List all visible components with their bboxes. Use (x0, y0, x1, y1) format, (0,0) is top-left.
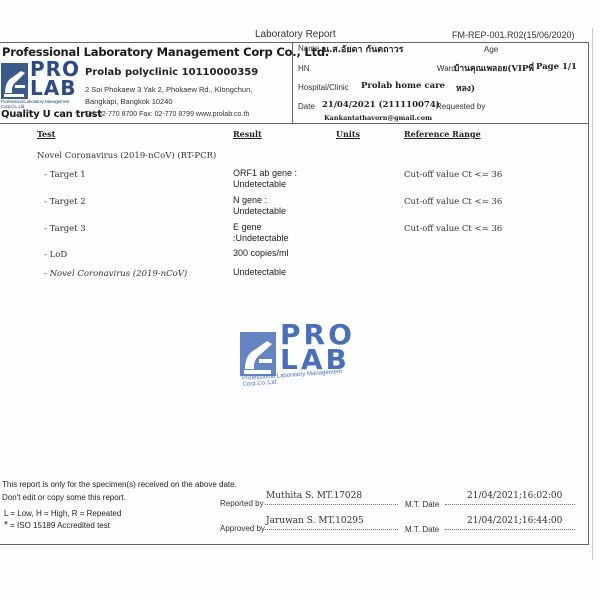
table-row-result: 300 copies/ml (233, 248, 343, 259)
approved-by-line (265, 529, 398, 530)
address-line-2: Bangkapi, Bangkok 10240 (85, 97, 173, 106)
prolab-stamp: PRO LAB Professional Laboratory Manageme… (240, 322, 370, 390)
reported-by-value: Muthita S. MT.17028 (266, 491, 362, 501)
col-header-units: Units (336, 129, 360, 139)
lab-report-page: Laboratory Report FM-REP-001.R02(15/06/2… (0, 0, 600, 600)
result-line-2: :Undetectable (233, 233, 343, 244)
clinic-name: Prolab polyclinic 10110000359 (85, 67, 258, 78)
report-title: Laboratory Report (255, 29, 336, 40)
table-row-result: N gene :Undetectable (233, 195, 343, 217)
iso-text: = ISO 15189 Accredited test (10, 521, 110, 530)
logo-subtitle: Professional Laboratory Management Corp.… (1, 99, 83, 109)
col-header-reference: Reference Range (404, 129, 481, 139)
date-value: 21/04/2021 (211110074) (322, 100, 440, 110)
result-line-1: E gene (233, 222, 343, 233)
requested-by-value: Kankantathavorn@gmail.com (324, 114, 432, 122)
table-row-test: - Target 1 (44, 170, 86, 180)
company-contact: Tel: 02-770 8700 Fax: 02-770 8799 www.pr… (85, 111, 249, 118)
table-row-reference: Cut-off value Ct <= 36 (404, 224, 502, 234)
name-label: Name (298, 44, 319, 53)
reported-by-line (265, 504, 398, 505)
footer-note-1: This report is only for the specimen(s) … (2, 480, 237, 489)
table-row-test: - Novel Coronavirus (2019-nCoV) (44, 269, 187, 279)
test-group-title: Novel Coronavirus (2019-nCoV) (RT-PCR) (37, 151, 216, 161)
ward-value-continued: หลง) (456, 81, 475, 95)
address-line-1: 2 Soi Phokaew 3 Yak 2, Phokaew Rd., Klon… (85, 85, 252, 94)
header-divider-line (0, 123, 589, 124)
approved-date-line (445, 529, 575, 530)
hn-label: HN (298, 64, 310, 73)
ward-value: บ้านคุณเพลอย(VIPพี่ (454, 61, 534, 75)
reported-date-line (445, 504, 575, 505)
approved-by-value: Jaruwan S. MT.10295 (266, 516, 364, 526)
table-row-result: Undetectable (233, 267, 343, 278)
sheet-edge (592, 28, 593, 560)
hospital-label: Hospital/Clinic (298, 83, 349, 92)
result-line-2: Undetectable (233, 206, 343, 217)
result-line-1: Undetectable (233, 267, 343, 278)
result-line-1: N gene : (233, 195, 343, 206)
footer-legend-iso: * = ISO 15189 Accredited test (4, 520, 110, 531)
table-row-test: - Target 2 (44, 197, 86, 207)
microscope-emblem-icon (240, 332, 276, 376)
microscope-emblem-icon (1, 63, 28, 99)
approved-date-value: 21/04/2021;16:44:00 (467, 516, 562, 526)
form-code: FM-REP-001.R02(15/06/2020) (452, 30, 575, 40)
approved-by-label: Approved by (220, 524, 265, 533)
result-line-1: 300 copies/ml (233, 248, 343, 259)
result-line-1: ORF1 ab gene : (233, 168, 343, 179)
requested-by-label: Requested by (436, 102, 485, 111)
logo-text-lab: LAB (30, 78, 76, 98)
col-header-result: Result (233, 129, 262, 139)
date-label: Date (298, 102, 315, 111)
table-row-test: - Target 3 (44, 224, 86, 234)
patient-name: น.ส.อัยดา กันตถาวร (323, 42, 403, 56)
table-row-test: - LoD (44, 250, 67, 260)
table-row-reference: Cut-off value Ct <= 36 (404, 170, 502, 180)
table-row-result: E gene:Undetectable (233, 222, 343, 244)
frame-top-line (0, 42, 589, 43)
asterisk-mark: * (4, 520, 8, 531)
hospital-value: Prolab home care (361, 81, 445, 91)
ward-label: Ward (437, 64, 456, 73)
table-row-result: ORF1 ab gene :Undetectable (233, 168, 343, 190)
footer-legend-flags: L = Low, H = High, R = Repeated (4, 509, 121, 518)
page-number: Page 1/1 (536, 62, 577, 72)
footer-note-2: Don't edit or copy some this report. (2, 493, 126, 502)
col-header-test: Test (37, 129, 55, 139)
approved-date-label: M.T. Date (405, 525, 439, 534)
reported-by-label: Reported by (220, 499, 264, 508)
frame-right-line (588, 42, 589, 545)
table-row-reference: Cut-off value Ct <= 36 (404, 197, 502, 207)
company-logo: PRO LAB Professional Laboratory Manageme… (1, 61, 83, 107)
frame-bottom-line (0, 544, 589, 545)
reported-date-label: M.T. Date (405, 500, 439, 509)
age-label: Age (484, 45, 498, 54)
reported-date-value: 21/04/2021;16:02:00 (467, 491, 562, 501)
result-line-2: Undetectable (233, 179, 343, 190)
